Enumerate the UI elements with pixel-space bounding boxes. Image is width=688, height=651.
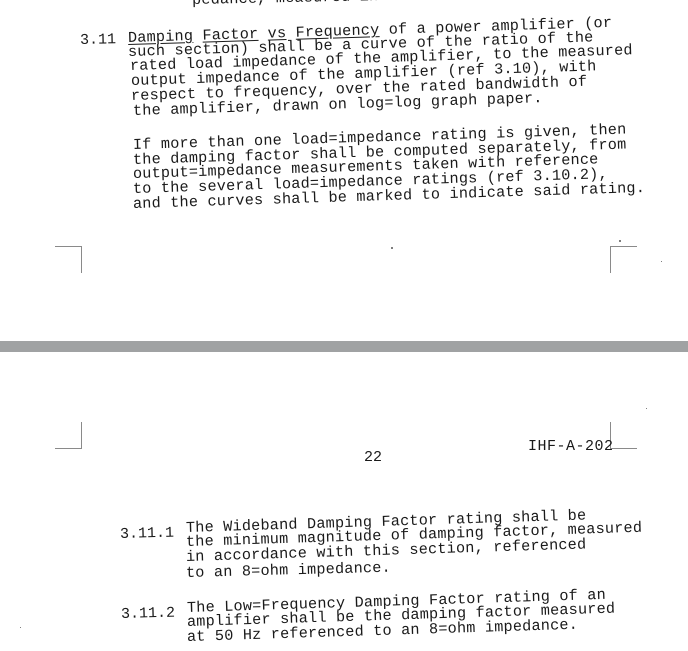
paper-speck xyxy=(619,240,621,242)
cut-off-text-line: pedance, measured in xyxy=(192,0,379,8)
crop-mark-top-left xyxy=(55,246,82,273)
paper-speck xyxy=(661,261,662,262)
section-number-3-11: 3.11 xyxy=(80,31,116,49)
paper-speck xyxy=(391,247,393,249)
section-3-11-1-line-4: to an 8=ohm impedance. xyxy=(186,560,391,581)
document-page-bottom: 22 IHF-A-202 3.11.1 The Wideband Damping… xyxy=(0,352,688,651)
paper-speck xyxy=(20,627,21,628)
page-separator xyxy=(0,341,688,352)
document-id: IHF-A-202 xyxy=(528,438,614,455)
section-number-3-11-1: 3.11.1 xyxy=(120,525,174,543)
paper-speck xyxy=(646,408,647,409)
page-number: 22 xyxy=(364,449,382,466)
crop-mark-bottom-left xyxy=(55,422,82,449)
crop-mark-top-right xyxy=(610,246,637,273)
crop-mark-bottom-right xyxy=(610,422,637,449)
document-page-top: pedance, measured in 3.11 Damping Factor… xyxy=(0,0,688,341)
section-number-3-11-2: 3.11.2 xyxy=(121,605,175,623)
